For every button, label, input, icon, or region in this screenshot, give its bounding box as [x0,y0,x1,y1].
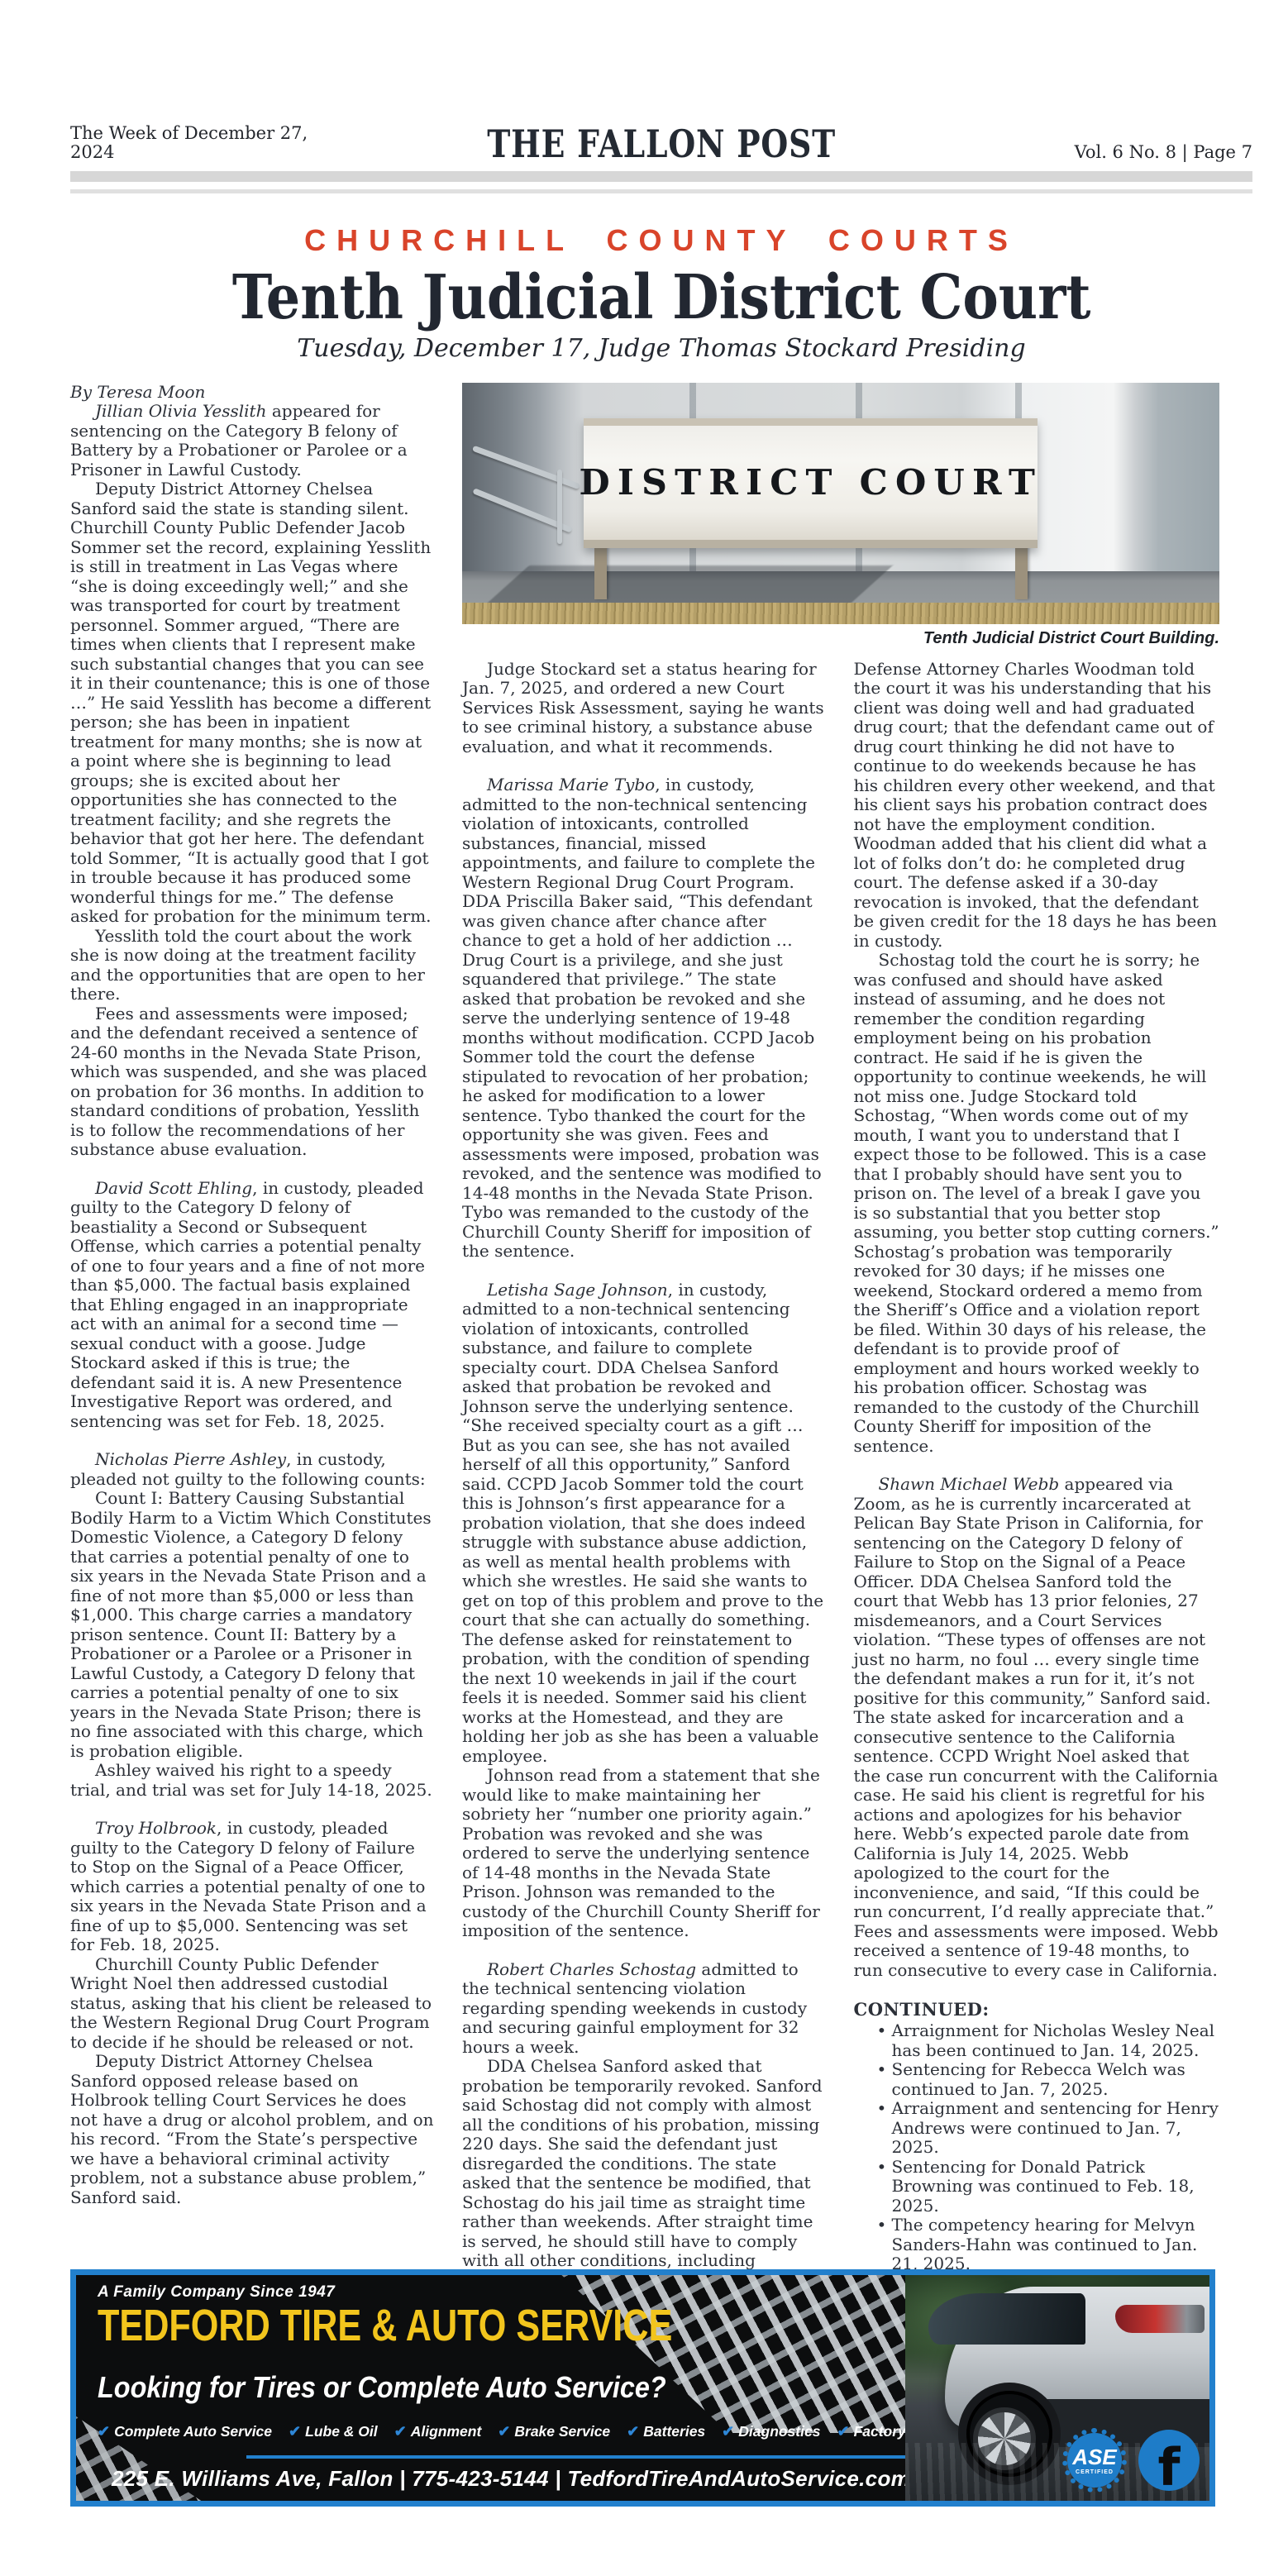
checkmark-icon: ✔ [394,2423,407,2440]
continued-item: Sentencing for Rebecca Welch was continu… [877,2060,1220,2099]
column-2: Judge Stockard set a status hearing for … [462,660,828,2291]
article-paragraph: Nicholas Pierre Ashley, in custody, plea… [70,1450,436,1489]
continued-item: Sentencing for Donald Patrick Browning w… [877,2158,1220,2216]
ad-text-panel: A Family Company Since 1947 TEDFORD TIRE… [76,2275,905,2501]
ad-service-item: ✔Diagnostics [722,2423,820,2440]
masthead-rule-thick [70,171,1252,182]
paragraph-text: Judge Stockard set a status hearing for … [462,659,824,756]
defendant-name: Shawn Michael Webb [879,1474,1060,1494]
car-taillight [1115,2305,1205,2333]
checkmark-icon: ✔ [837,2423,849,2440]
article-paragraph: Yesslith told the court about the work s… [70,927,436,1004]
continued-item: Arraignment and sentencing for Henry And… [877,2099,1220,2158]
continued-item: The competency hearing for Melvyn Sander… [877,2216,1220,2274]
paragraph-text: , in custody, admitted to a non-technica… [462,1280,823,1766]
article-paragraph: Schostag told the court he is sorry; he … [854,951,1220,1456]
paragraph-text: , in custody, pleaded guilty to the Cate… [70,1818,427,1954]
paragraph-text: Johnson read from a statement that she w… [462,1765,820,1940]
ad-service-item: ✔Lube & Oil [289,2423,378,2440]
article-paragraph: Ashley waived his right to a speedy tria… [70,1761,436,1800]
ad-service-label: Brake Service [514,2423,610,2440]
section-label: CHURCHILL COUNTY COURTS [70,223,1252,258]
defendant-name: Letisha Sage Johnson [487,1280,668,1300]
article-paragraph: Count I: Battery Causing Substantial Bod… [70,1489,436,1761]
ase-certified-icon: ASE CERTIFIED [1062,2428,1127,2493]
defendant-name: Robert Charles Schostag [487,1959,696,1979]
article-paragraph: Johnson read from a statement that she w… [462,1766,828,1941]
paragraph-text: Count I: Battery Causing Substantial Bod… [70,1488,432,1761]
court-photo: DISTRICT COURT [462,383,1219,624]
ad-service-label: Diagnostics [738,2423,820,2440]
article-paragraph: David Scott Ehling, in custody, pleaded … [70,1179,436,1432]
ad-contact-line: 225 E. Williams Ave, Fallon | 775-423-51… [98,2466,905,2492]
ase-label: ASE [1072,2446,1116,2468]
column-3: Defense Attorney Charles Woodman told th… [854,660,1220,2291]
continued-list: Arraignment for Nicholas Wesley Neal has… [854,2021,1220,2274]
ad-service-label: Alignment [411,2423,482,2440]
paragraph-text: Deputy District Attorney Chelsea Sanford… [70,479,432,926]
district-court-sign: DISTRICT COURT [584,418,1038,547]
paragraph-text: Yesslith told the court about the work s… [70,926,425,1004]
article-paragraph: Letisha Sage Johnson, in custody, admitt… [462,1281,828,1767]
handrail [472,446,580,490]
continued-heading: CONTINUED: [854,1999,1220,2020]
tedford-tire-ad: A Family Company Since 1947 TEDFORD TIRE… [70,2269,1215,2507]
grass-strip [462,603,1219,624]
paragraph-text: , in custody, admitted to the non-techni… [462,775,822,1261]
ad-services-list: ✔Complete Auto Service✔Lube & Oil✔Alignm… [98,2423,905,2440]
masthead-rule-thin [70,189,1252,193]
article-paragraph: Deputy District Attorney Chelsea Sanford… [70,479,436,927]
ad-service-item: ✔Factory Settings [837,2423,905,2440]
paragraph-text: , in custody, pleaded guilty to the Cate… [70,1178,425,1431]
article-paragraph: Deputy District Attorney Chelsea Sanford… [70,2052,436,2207]
masthead: The Week of December 27, 2024 THE FALLON… [70,124,1252,162]
defendant-name: David Scott Ehling [95,1178,252,1198]
car-window [928,2293,1085,2345]
checkmark-icon: ✔ [289,2423,301,2440]
ad-service-label: Complete Auto Service [114,2423,272,2440]
article-paragraph: Robert Charles Schostag admitted to the … [462,1960,828,2058]
article-paragraph: DDA Chelsea Sanford asked that probation… [462,2057,828,2290]
masthead-date: The Week of December 27, 2024 [70,124,343,162]
newspaper-title: THE FALLON POST [487,126,836,163]
defendant-name: Marissa Marie Tybo [487,775,655,794]
article-paragraph: Marissa Marie Tybo, in custody, admitted… [462,775,828,1262]
article-paragraph: Shawn Michael Webb appeared via Zoom, as… [854,1475,1220,1980]
defendant-name: Nicholas Pierre Ashley [95,1449,286,1469]
column-1: By Teresa Moon Jillian Olivia Yesslith a… [70,383,436,2291]
article-paragraph: Fees and assessments were imposed; and t… [70,1004,436,1160]
defendant-name: Jillian Olivia Yesslith [95,401,266,421]
ad-service-item: ✔Alignment [394,2423,482,2440]
column-2-paragraphs: Judge Stockard set a status hearing for … [462,660,828,2291]
ad-service-item: ✔Brake Service [498,2423,610,2440]
paragraph-text: Ashley waived his right to a speedy tria… [70,1760,432,1800]
column-3-paragraphs: Defense Attorney Charles Woodman told th… [854,660,1220,1981]
article-paragraph: Troy Holbrook, in custody, pleaded guilt… [70,1819,436,1955]
byline: By Teresa Moon [70,383,436,403]
photo-caption: Tenth Judicial District Court Building. [462,629,1219,648]
paragraph-text: DDA Chelsea Sanford asked that probation… [462,2056,823,2290]
ad-question: Looking for Tires or Complete Auto Servi… [98,2370,666,2405]
article-paragraph: Churchill County Public Defender Wright … [70,1955,436,2053]
article-headline: Tenth Judicial District Court [70,265,1252,332]
ad-car-photo: ASE CERTIFIED f [905,2275,1209,2501]
ad-tagline: A Family Company Since 1947 [98,2283,905,2302]
article-subheadline: Tuesday, December 17, Judge Thomas Stock… [70,334,1252,363]
checkmark-icon: ✔ [98,2423,110,2440]
ad-divider-line [246,2455,905,2459]
masthead-volume-page: Vol. 6 No. 8 | Page 7 [980,143,1252,162]
checkmark-icon: ✔ [722,2423,734,2440]
ad-service-label: Batteries [643,2423,705,2440]
checkmark-icon: ✔ [627,2423,639,2440]
masthead-title-wrap: THE FALLON POST [343,126,980,163]
handrail-post [557,470,562,544]
paragraph-text: Defense Attorney Charles Woodman told th… [854,659,1218,951]
newspaper-page: The Week of December 27, 2024 THE FALLON… [0,0,1288,2576]
ad-service-label: Lube & Oil [305,2423,378,2440]
ase-sub-label: CERTIFIED [1076,2469,1114,2475]
ad-service-item: ✔Batteries [627,2423,705,2440]
paragraph-text: appeared via Zoom, as he is currently in… [854,1474,1219,1980]
checkmark-icon: ✔ [498,2423,510,2440]
defendant-name: Troy Holbrook [95,1818,217,1838]
paragraph-text: Churchill County Public Defender Wright … [70,1954,432,2052]
article-paragraph: Jillian Olivia Yesslith appeared for sen… [70,402,436,479]
continued-item: Arraignment for Nicholas Wesley Neal has… [877,2021,1220,2060]
ad-service-label: Factory Settings [854,2423,905,2440]
sign-shadow [486,565,893,604]
article-paragraph: Defense Attorney Charles Woodman told th… [854,660,1220,952]
ad-service-item: ✔Complete Auto Service [98,2423,272,2440]
photo-and-columns: DISTRICT COURT Tenth Judicial District C… [462,383,1219,2291]
paragraph-text: Fees and assessments were imposed; and t… [70,1004,427,1160]
column-1-paragraphs: Jillian Olivia Yesslith appeared for sen… [70,402,436,2207]
ad-business-name: TEDFORD TIRE & AUTO SERVICE [98,2303,672,2349]
paragraph-text: Schostag told the court he is sorry; he … [854,950,1219,1456]
facebook-icon: f [1138,2430,1200,2491]
sign-text: DISTRICT COURT [579,462,1042,503]
paragraph-text: Deputy District Attorney Chelsea Sanford… [70,2051,434,2207]
article-body: By Teresa Moon Jillian Olivia Yesslith a… [70,383,1219,2291]
article-paragraph: Judge Stockard set a status hearing for … [462,660,828,757]
